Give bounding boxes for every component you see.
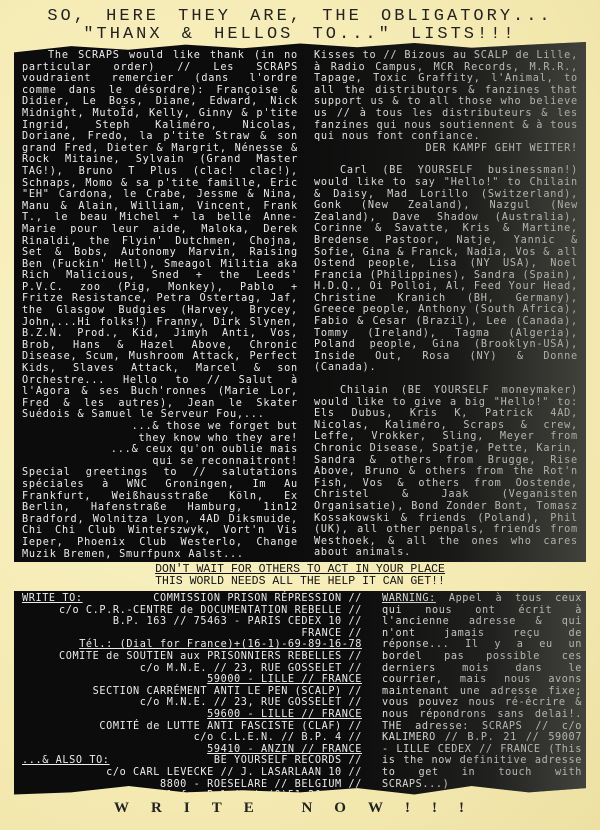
title-line-1: SO, HERE THEY ARE, THE OBLIGATORY...: [10, 8, 590, 26]
address-line: 59410 - ANZIN // FRANCE: [22, 744, 362, 756]
address-line: COMMISSION PRISON RÉPRESSION //: [153, 593, 362, 604]
address-line: c/o C.L.E.N. // B.P. 4 //: [22, 732, 362, 744]
chilain-paragraph: Chilain (BE YOURSELF moneymaker) would l…: [314, 385, 578, 559]
zine-page: SO, HERE THEY ARE, THE OBLIGATORY... "TH…: [0, 0, 600, 830]
addresses-panel: WRITE TO:COMMISSION PRISON RÉPRESSION //…: [14, 591, 586, 803]
thanks-panel: The SCRAPS would like thank (in no parti…: [14, 42, 586, 562]
greetings-paragraph: Special greetings to // salutations spéc…: [22, 467, 298, 560]
address-line: FRANCE //: [22, 628, 362, 640]
write-to-label: WRITE TO:: [22, 593, 83, 605]
page-title: SO, HERE THEY ARE, THE OBLIGATORY... "TH…: [10, 8, 590, 44]
motto: DER KAMPF GEHT WEITER!: [314, 143, 578, 155]
phone-line: Tél.: (Dial for France)+(16-1)-69-89-16-…: [22, 639, 362, 651]
address-line: B.P. 163 // 75463 - PARIS CEDEX 10 //: [22, 616, 362, 628]
address-line: SECTION CARRÉMENT ANTI LE PEN (SCALP) //: [22, 686, 362, 698]
forget-line-1: ...& those we forget but: [22, 421, 298, 433]
forget-line-3: ...& ceux qu'on oublie mais: [22, 444, 298, 456]
title-line-2: "THANX & HELLOS TO..." LISTS!!!: [10, 26, 590, 44]
left-column: The SCRAPS would like thank (in no parti…: [22, 50, 298, 560]
address-line: c/o M.N.E. // 23, RUE GOSSELET //: [22, 697, 362, 709]
address-line: 59600 - LILLE // FRANCE: [22, 709, 362, 721]
slogan-line-2: THIS WORLD NEEDS ALL THE HELP IT CAN GET…: [40, 576, 560, 588]
address-line: c/o M.N.E. // 23, RUE GOSSELET //: [22, 663, 362, 675]
slogan: DON'T WAIT FOR OTHERS TO ACT IN YOUR PLA…: [40, 564, 560, 588]
kisses-paragraph: Kisses to // Bizous au SCALP de Lille, à…: [314, 50, 578, 143]
warning-text: Appel à tous ceux qui nous ont écrit à l…: [382, 593, 582, 755]
right-column: Kisses to // Bizous au SCALP de Lille, à…: [314, 50, 578, 559]
warning-label: WARNING:: [382, 593, 436, 604]
forget-line-4: qui se reconnaitront!: [22, 456, 298, 468]
write-now-footer: WRITE NOW!!!: [0, 800, 600, 817]
address-line: BE YOURSELF RECORDS //: [214, 755, 362, 766]
address-line: 8800 - ROESELARE // BELGIUM //: [22, 779, 362, 791]
address-list: WRITE TO:COMMISSION PRISON RÉPRESSION //…: [22, 593, 362, 802]
address-line: COMITÉ de LUTTE ANTI FASCISTE (CLAF) //: [22, 721, 362, 733]
carl-paragraph: Carl (BE YOURSELF businessman!) would li…: [314, 165, 578, 374]
also-to-label: ...& ALSO TO:: [22, 755, 110, 767]
address-line: 59000 - LILLE // FRANCE: [22, 674, 362, 686]
address-line: COMITE de SOUTIEN aux PRISONNIERS REBELL…: [22, 651, 362, 663]
thanks-paragraph: The SCRAPS would like thank (in no parti…: [22, 50, 298, 421]
warning-box: WARNING: Appel à tous ceux qui nous ont …: [382, 593, 582, 790]
address-line: c/o C.P.R.-CENTRE de DOCUMENTATION REBEL…: [22, 605, 362, 617]
address-line: c/o CARL LEVECKE // J. LASARLAAN 10 //: [22, 767, 362, 779]
forget-line-2: they know who they are!: [22, 433, 298, 445]
